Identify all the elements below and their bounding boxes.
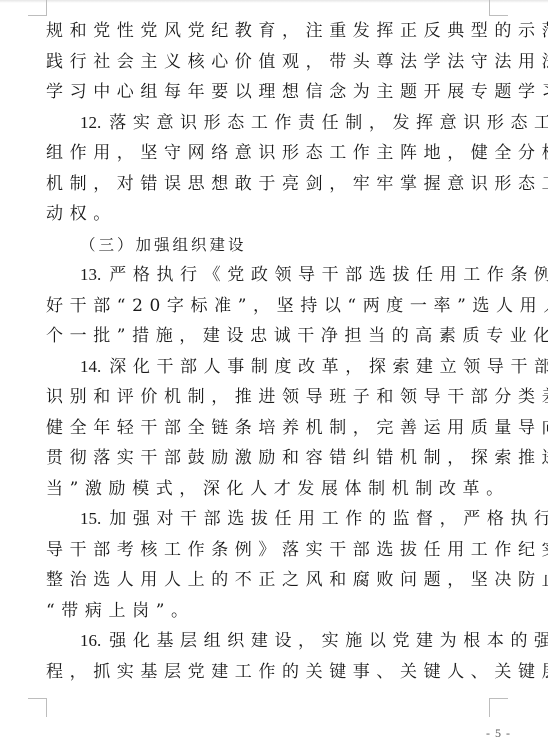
line-text: 当”激励模式，深化人才发展体制机制改革。 [46,479,510,499]
line-text: 强化基层组织建设，实施以党建为根本的强基固本工 [109,631,548,651]
section-heading: （三）加强组织建设 [46,230,490,261]
line-text: 践行社会主义核心价值观，带头尊法学法守法用法。党委理论 [46,52,548,72]
page-top-shadow [0,0,548,3]
paragraph-line: 好干部“20字标准”，坚持以“两度一率”选人用人，用好“五 [46,291,490,322]
paragraph-line: 践行社会主义核心价值观，带头尊法学法守法用法。党委理论 [46,47,490,78]
line-text: 学习中心组每年要以理想信念为主题开展专题学习。 [46,82,548,102]
paragraph-line: 导干部考核工作条例》落实干部选拔任用工作纪实制度，坚决 [46,535,490,566]
paragraph-first-line: 16.强化基层组织建设，实施以党建为根本的强基固本工 [46,626,490,657]
line-text: 动权。 [46,204,117,224]
line-text: 落实意识形态工作责任制，发挥意识形态工作领导小 [109,113,548,133]
line-text: 规和党性党风党纪教育，注重发挥正反典型的示范警示作用。 [46,21,548,41]
paragraph-line: 动权。 [46,199,490,230]
page-number: - 5 - [486,726,511,741]
line-text: 识别和评价机制，推进领导班子和领导干部分类差异化考核， [46,387,548,407]
line-text: “带病上岗”。 [46,601,195,621]
paragraph-first-line: 14.深化干部人事制度改革，探索建立领导干部政治素质 [46,352,490,383]
paragraph-line: “带病上岗”。 [46,596,490,627]
margin-corner-bottom-left [28,698,47,717]
paragraph-line: 学习中心组每年要以理想信念为主题开展专题学习。 [46,77,490,108]
line-text: 导干部考核工作条例》落实干部选拔任用工作纪实制度，坚决 [46,540,548,560]
paragraph-line: 整治选人用人上的不正之风和腐败问题，坚决防止“带病提拔” [46,565,490,596]
item-number: 14. [80,357,101,376]
paragraph-first-line: 15.加强对干部选拔任用工作的监督，严格执行《党政领 [46,504,490,535]
margin-corner-top-left [28,0,47,16]
paragraph-line: 健全年轻干部全链条培养机制，完善运用质量导向考评体系。 [46,413,490,444]
line-text: 贯彻落实干部鼓励激励和容错纠错机制，探索推进“六用六担 [46,448,548,468]
line-text: 程，抓实基层党建工作的关键事、关键人、关键层级、关键阵 [46,662,548,682]
paragraph-line: 贯彻落实干部鼓励激励和容错纠错机制，探索推进“六用六担 [46,443,490,474]
margin-corner-bottom-right [489,698,508,717]
paragraph-line: 机制，对错误思想敢于亮剑，牢牢掌握意识形态工作领导权主 [46,169,490,200]
item-number: 16. [80,631,101,650]
line-text: 机制，对错误思想敢于亮剑，牢牢掌握意识形态工作领导权主 [46,174,548,194]
line-text: 健全年轻干部全链条培养机制，完善运用质量导向考评体系。 [46,418,548,438]
line-text: 个一批”措施，建设忠诚干净担当的高素质专业化干部队伍。 [46,326,548,346]
paragraph-first-line: 13.严格执行《党政领导干部选拔任用工作条例》，落实 [46,260,490,291]
paragraph-line: 当”激励模式，深化人才发展体制机制改革。 [46,474,490,505]
item-number: 12. [80,113,101,132]
margin-corner-top-right [489,0,508,16]
item-number: 15. [80,509,101,528]
line-text: 加强对干部选拔任用工作的监督，严格执行《党政领 [109,509,548,529]
paragraph-first-line: 12.落实意识形态工作责任制，发挥意识形态工作领导小 [46,108,490,139]
line-text: 整治选人用人上的不正之风和腐败问题，坚决防止“带病提拔” [46,570,548,590]
line-text: 深化干部人事制度改革，探索建立领导干部政治素质 [109,357,548,377]
line-text: 好干部“20字标准”，坚持以“两度一率”选人用人，用好“五 [46,296,548,316]
line-text: 严格执行《党政领导干部选拔任用工作条例》，落实 [109,265,548,285]
item-number: 13. [80,265,101,284]
document-body[interactable]: 规和党性党风党纪教育，注重发挥正反典型的示范警示作用。践行社会主义核心价值观，带… [46,16,490,687]
line-text: 组作用，坚守网络意识形态工作主阵地，健全分析研判和预警 [46,143,548,163]
paragraph-line: 规和党性党风党纪教育，注重发挥正反典型的示范警示作用。 [46,16,490,47]
paragraph-line: 个一批”措施，建设忠诚干净担当的高素质专业化干部队伍。 [46,321,490,352]
paragraph-line: 识别和评价机制，推进领导班子和领导干部分类差异化考核， [46,382,490,413]
paragraph-line: 程，抓实基层党建工作的关键事、关键人、关键层级、关键阵 [46,657,490,688]
paragraph-line: 组作用，坚守网络意识形态工作主阵地，健全分析研判和预警 [46,138,490,169]
